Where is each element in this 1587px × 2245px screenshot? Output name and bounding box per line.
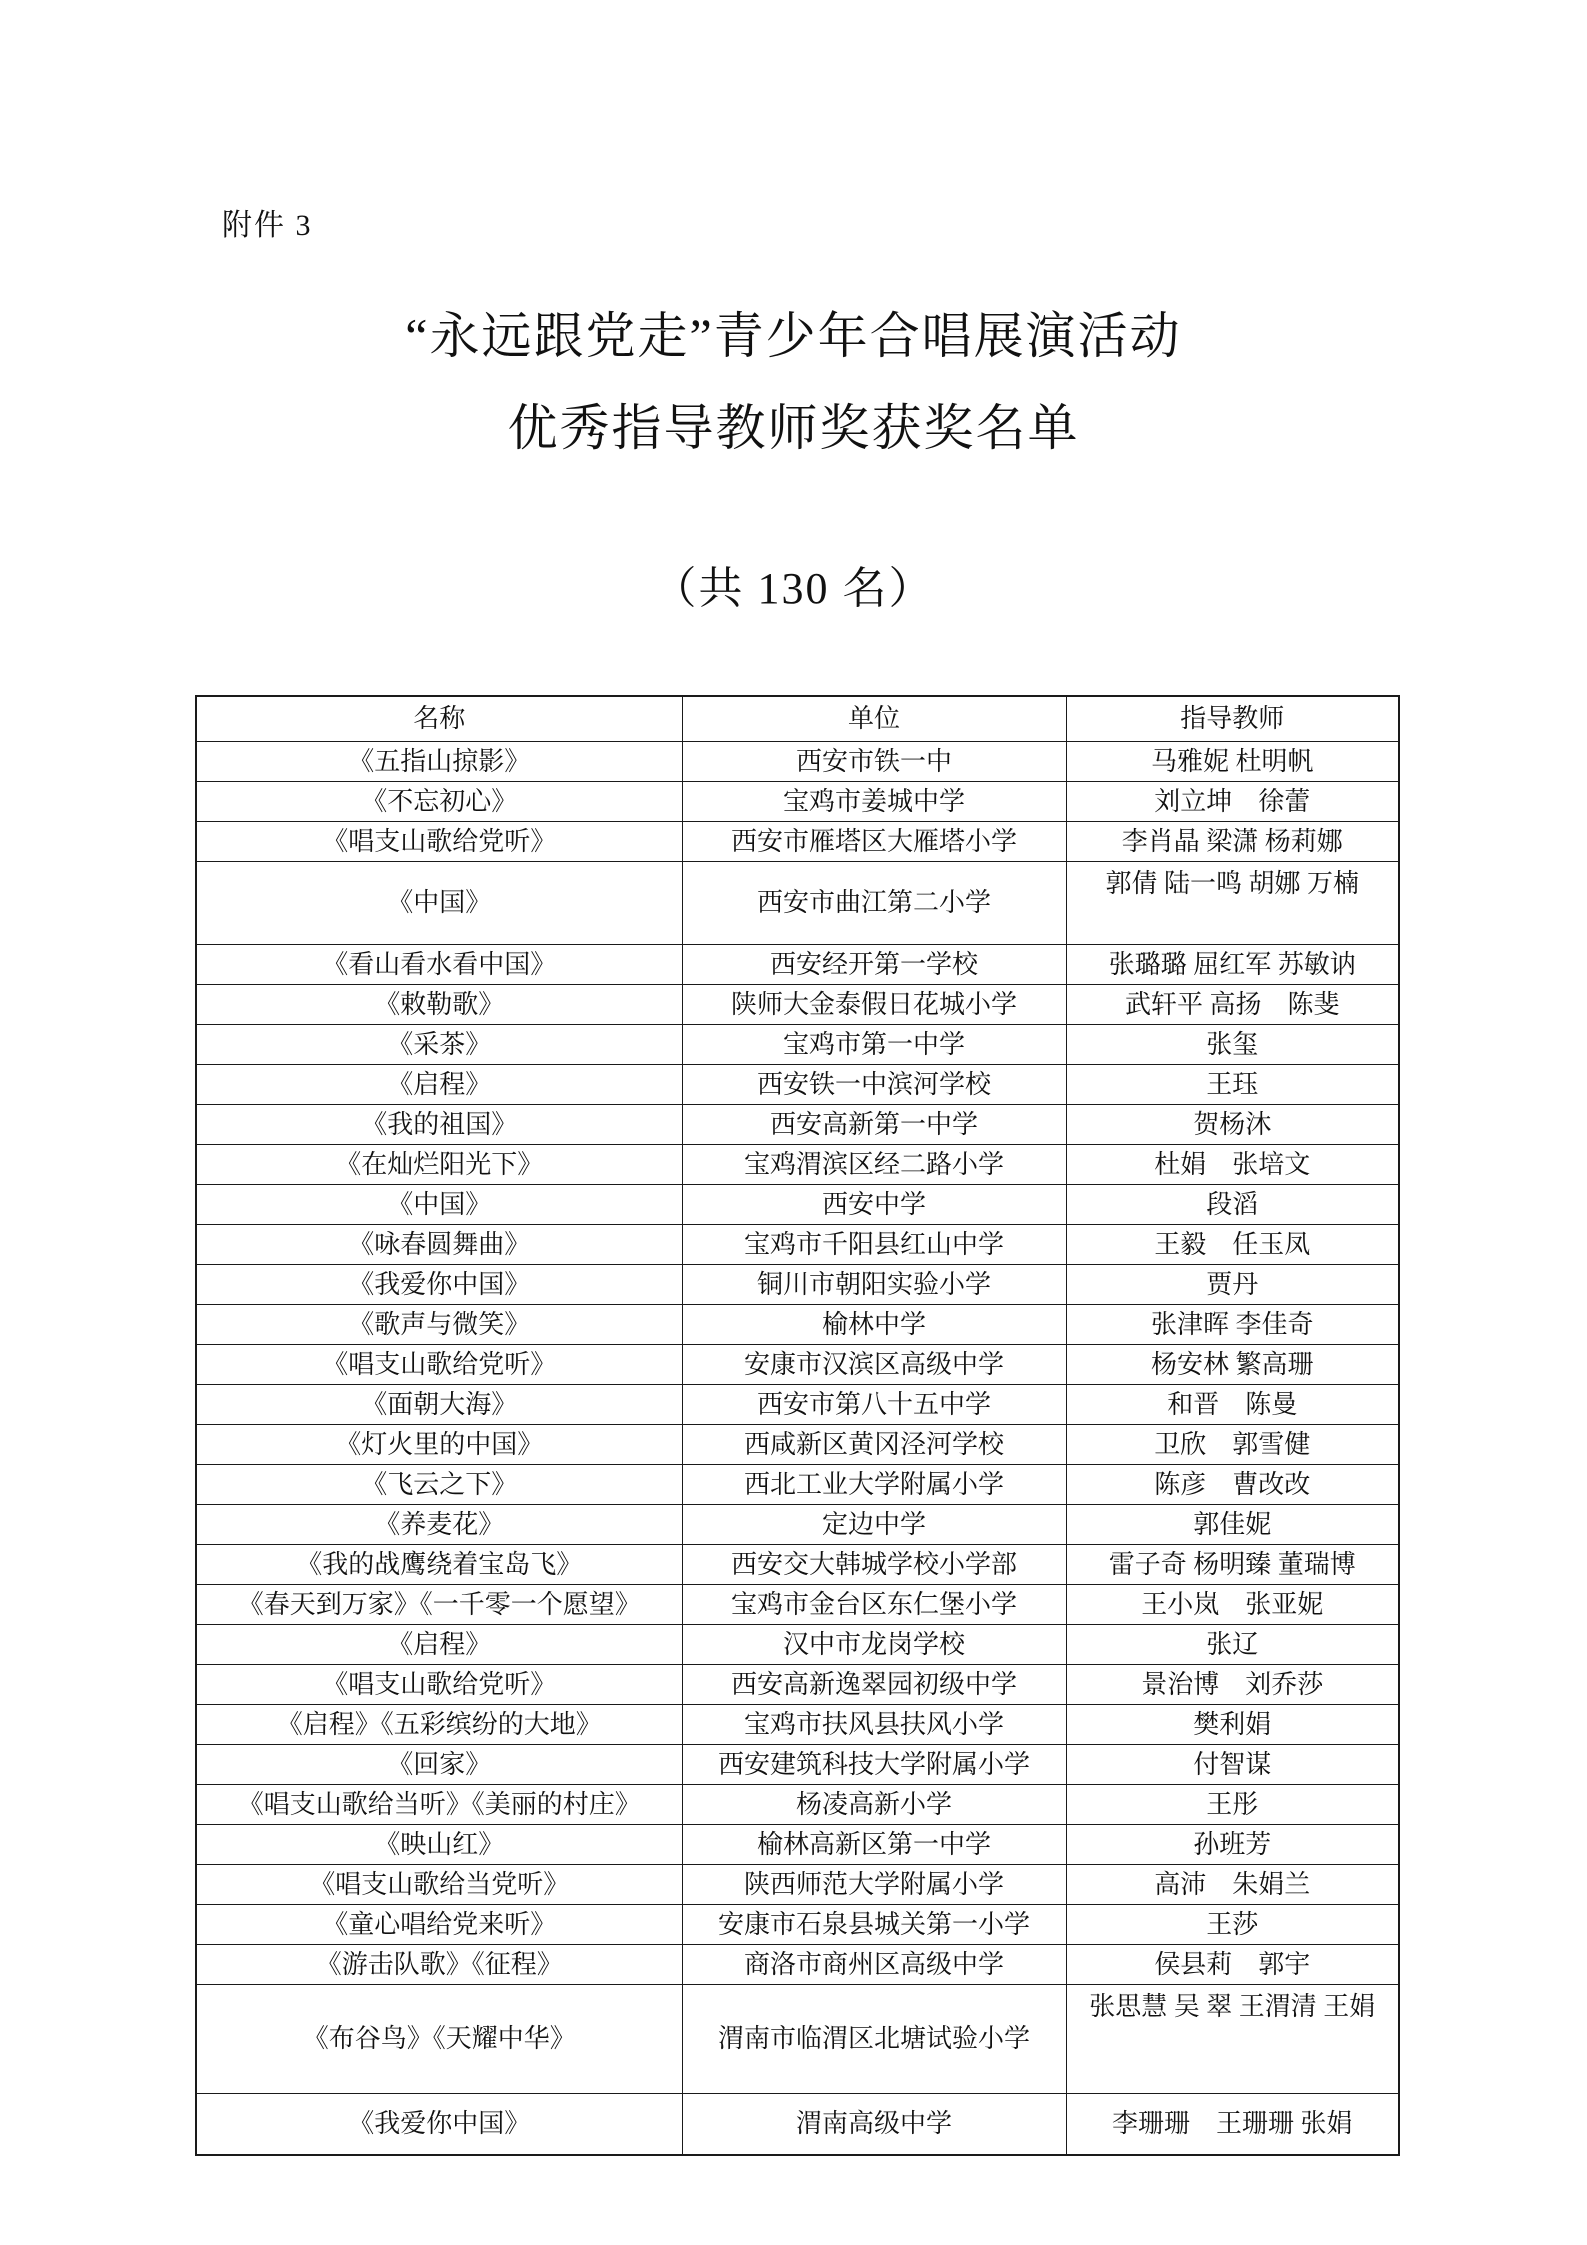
attachment-label: 附件 3: [222, 200, 313, 244]
table-row: 《唱支山歌给当党听》陕西师范大学附属小学高沛 朱娟兰: [196, 1865, 1399, 1905]
unit-cell: 商洛市商州区高级中学: [682, 1945, 1066, 1985]
table-row: 《布谷鸟》《天耀中华》渭南市临渭区北塘试验小学张思慧 吴 翠 王渭清 王娟: [196, 1985, 1399, 2094]
song-title-cell: 《在灿烂阳光下》: [196, 1145, 682, 1185]
song-title-cell: 《中国》: [196, 862, 682, 945]
teachers-cell: 和晋 陈曼: [1066, 1385, 1399, 1425]
song-title-cell: 《中国》: [196, 1185, 682, 1225]
teachers-cell: 张玺: [1066, 1025, 1399, 1065]
table-row: 《我爱你中国》渭南高级中学李珊珊 王珊珊 张娟: [196, 2094, 1399, 2156]
unit-cell: 铜川市朝阳实验小学: [682, 1265, 1066, 1305]
song-title-cell: 《映山红》: [196, 1825, 682, 1865]
teachers-cell: 贺杨沐: [1066, 1105, 1399, 1145]
unit-cell: 宝鸡市姜城中学: [682, 782, 1066, 822]
table-row: 《游击队歌》《征程》商洛市商州区高级中学侯县莉 郭宇: [196, 1945, 1399, 1985]
table-row: 《在灿烂阳光下》宝鸡渭滨区经二路小学杜娟 张培文: [196, 1145, 1399, 1185]
teachers-cell: 高沛 朱娟兰: [1066, 1865, 1399, 1905]
table-row: 《启程》西安铁一中滨河学校王珏: [196, 1065, 1399, 1105]
song-title-cell: 《童心唱给党来听》: [196, 1905, 682, 1945]
document-page: { "page": { "attachment_label": "附件 3", …: [0, 0, 1587, 2245]
song-title-cell: 《启程》《五彩缤纷的大地》: [196, 1705, 682, 1745]
unit-cell: 西安市铁一中: [682, 742, 1066, 782]
table-row: 《春天到万家》《一千零一个愿望》宝鸡市金台区东仁堡小学王小岚 张亚妮: [196, 1585, 1399, 1625]
song-title-cell: 《飞云之下》: [196, 1465, 682, 1505]
song-title-cell: 《我的祖国》: [196, 1105, 682, 1145]
table-row: 《唱支山歌给党听》西安市雁塔区大雁塔小学李肖晶 梁潇 杨莉娜: [196, 822, 1399, 862]
table-row: 《回家》西安建筑科技大学附属小学付智谋: [196, 1745, 1399, 1785]
unit-cell: 西安高新逸翠园初级中学: [682, 1665, 1066, 1705]
unit-cell: 宝鸡市金台区东仁堡小学: [682, 1585, 1066, 1625]
table-row: 《唱支山歌给党听》西安高新逸翠园初级中学景治博 刘乔莎: [196, 1665, 1399, 1705]
table-row: 《启程》汉中市龙岗学校张辽: [196, 1625, 1399, 1665]
teachers-cell: 张辽: [1066, 1625, 1399, 1665]
song-title-cell: 《五指山掠影》: [196, 742, 682, 782]
teachers-cell: 杜娟 张培文: [1066, 1145, 1399, 1185]
table-row: 《养麦花》定边中学郭佳妮: [196, 1505, 1399, 1545]
teachers-cell: 雷子奇 杨明臻 董瑞博: [1066, 1545, 1399, 1585]
table-row: 《不忘初心》宝鸡市姜城中学刘立坤 徐蕾: [196, 782, 1399, 822]
table-body: 《五指山掠影》西安市铁一中马雅妮 杜明帆《不忘初心》宝鸡市姜城中学刘立坤 徐蕾《…: [196, 742, 1399, 2156]
unit-cell: 宝鸡市扶风县扶风小学: [682, 1705, 1066, 1745]
song-title-cell: 《布谷鸟》《天耀中华》: [196, 1985, 682, 2094]
song-title-cell: 《启程》: [196, 1625, 682, 1665]
table-row: 《看山看水看中国》西安经开第一学校张璐璐 屈红军 苏敏讷: [196, 945, 1399, 985]
unit-cell: 西安经开第一学校: [682, 945, 1066, 985]
table-row: 《映山红》榆林高新区第一中学孙班芳: [196, 1825, 1399, 1865]
teachers-cell: 张津晖 李佳奇: [1066, 1305, 1399, 1345]
teachers-cell: 樊利娟: [1066, 1705, 1399, 1745]
song-title-cell: 《唱支山歌给当党听》: [196, 1865, 682, 1905]
unit-cell: 西安市第八十五中学: [682, 1385, 1066, 1425]
column-header-unit: 单位: [682, 696, 1066, 742]
table-row: 《我爱你中国》铜川市朝阳实验小学贾丹: [196, 1265, 1399, 1305]
song-title-cell: 《面朝大海》: [196, 1385, 682, 1425]
column-header-name: 名称: [196, 696, 682, 742]
table-row: 《中国》西安市曲江第二小学郭倩 陆一鸣 胡娜 万楠: [196, 862, 1399, 945]
unit-cell: 西安市雁塔区大雁塔小学: [682, 822, 1066, 862]
song-title-cell: 《不忘初心》: [196, 782, 682, 822]
song-title-cell: 《启程》: [196, 1065, 682, 1105]
table-row: 《面朝大海》西安市第八十五中学和晋 陈曼: [196, 1385, 1399, 1425]
song-title-cell: 《唱支山歌给党听》: [196, 1665, 682, 1705]
table-row: 《我的祖国》西安高新第一中学贺杨沐: [196, 1105, 1399, 1145]
song-title-cell: 《春天到万家》《一千零一个愿望》: [196, 1585, 682, 1625]
unit-cell: 榆林高新区第一中学: [682, 1825, 1066, 1865]
unit-cell: 渭南市临渭区北塘试验小学: [682, 1985, 1066, 2094]
table-row: 《歌声与微笑》榆林中学张津晖 李佳奇: [196, 1305, 1399, 1345]
song-title-cell: 《歌声与微笑》: [196, 1305, 682, 1345]
unit-cell: 定边中学: [682, 1505, 1066, 1545]
song-title-cell: 《养麦花》: [196, 1505, 682, 1545]
teachers-cell: 张璐璐 屈红军 苏敏讷: [1066, 945, 1399, 985]
unit-cell: 西安高新第一中学: [682, 1105, 1066, 1145]
table-row: 《中国》西安中学段滔: [196, 1185, 1399, 1225]
table-header-row: 名称 单位 指导教师: [196, 696, 1399, 742]
page-title-line2: 优秀指导教师奖获奖名单: [0, 388, 1587, 460]
teachers-cell: 马雅妮 杜明帆: [1066, 742, 1399, 782]
teachers-cell: 付智谋: [1066, 1745, 1399, 1785]
teachers-cell: 郭佳妮: [1066, 1505, 1399, 1545]
song-title-cell: 《我爱你中国》: [196, 2094, 682, 2156]
unit-cell: 西北工业大学附属小学: [682, 1465, 1066, 1505]
unit-cell: 西安中学: [682, 1185, 1066, 1225]
song-title-cell: 《采茶》: [196, 1025, 682, 1065]
table-row: 《敕勒歌》陕师大金泰假日花城小学武轩平 高扬 陈斐: [196, 985, 1399, 1025]
song-title-cell: 《游击队歌》《征程》: [196, 1945, 682, 1985]
column-header-teachers: 指导教师: [1066, 696, 1399, 742]
table-row: 《唱支山歌给党听》安康市汉滨区高级中学杨安林 繁高珊: [196, 1345, 1399, 1385]
teachers-cell: 孙班芳: [1066, 1825, 1399, 1865]
teachers-cell: 李肖晶 梁潇 杨莉娜: [1066, 822, 1399, 862]
song-title-cell: 《敕勒歌》: [196, 985, 682, 1025]
teachers-cell: 武轩平 高扬 陈斐: [1066, 985, 1399, 1025]
table-row: 《唱支山歌给当听》《美丽的村庄》杨凌高新小学王彤: [196, 1785, 1399, 1825]
song-title-cell: 《唱支山歌给当听》《美丽的村庄》: [196, 1785, 682, 1825]
teachers-cell: 景治博 刘乔莎: [1066, 1665, 1399, 1705]
unit-cell: 杨凌高新小学: [682, 1785, 1066, 1825]
unit-cell: 安康市汉滨区高级中学: [682, 1345, 1066, 1385]
unit-cell: 陕西师范大学附属小学: [682, 1865, 1066, 1905]
table-row: 《启程》《五彩缤纷的大地》宝鸡市扶风县扶风小学樊利娟: [196, 1705, 1399, 1745]
teachers-cell: 刘立坤 徐蕾: [1066, 782, 1399, 822]
song-title-cell: 《我的战鹰绕着宝岛飞》: [196, 1545, 682, 1585]
song-title-cell: 《我爱你中国》: [196, 1265, 682, 1305]
teachers-cell: 张思慧 吴 翠 王渭清 王娟: [1066, 1985, 1399, 2094]
page-title-line1: “永远跟党走”青少年合唱展演活动: [0, 296, 1587, 368]
teachers-cell: 李珊珊 王珊珊 张娟: [1066, 2094, 1399, 2156]
table-row: 《我的战鹰绕着宝岛飞》西安交大韩城学校小学部雷子奇 杨明臻 董瑞博: [196, 1545, 1399, 1585]
winner-count: （共 130 名）: [0, 552, 1587, 616]
teachers-cell: 王莎: [1066, 1905, 1399, 1945]
unit-cell: 西安交大韩城学校小学部: [682, 1545, 1066, 1585]
unit-cell: 宝鸡渭滨区经二路小学: [682, 1145, 1066, 1185]
unit-cell: 宝鸡市第一中学: [682, 1025, 1066, 1065]
teachers-cell: 杨安林 繁高珊: [1066, 1345, 1399, 1385]
teachers-cell: 段滔: [1066, 1185, 1399, 1225]
teachers-cell: 贾丹: [1066, 1265, 1399, 1305]
table-row: 《童心唱给党来听》安康市石泉县城关第一小学王莎: [196, 1905, 1399, 1945]
song-title-cell: 《看山看水看中国》: [196, 945, 682, 985]
awards-table: 名称 单位 指导教师 《五指山掠影》西安市铁一中马雅妮 杜明帆《不忘初心》宝鸡市…: [195, 695, 1400, 2156]
unit-cell: 安康市石泉县城关第一小学: [682, 1905, 1066, 1945]
teachers-cell: 王小岚 张亚妮: [1066, 1585, 1399, 1625]
song-title-cell: 《灯火里的中国》: [196, 1425, 682, 1465]
teachers-cell: 陈彦 曹改改: [1066, 1465, 1399, 1505]
song-title-cell: 《回家》: [196, 1745, 682, 1785]
table-row: 《飞云之下》西北工业大学附属小学陈彦 曹改改: [196, 1465, 1399, 1505]
song-title-cell: 《唱支山歌给党听》: [196, 1345, 682, 1385]
unit-cell: 渭南高级中学: [682, 2094, 1066, 2156]
teachers-cell: 卫欣 郭雪健: [1066, 1425, 1399, 1465]
teachers-cell: 王毅 任玉凤: [1066, 1225, 1399, 1265]
unit-cell: 西安建筑科技大学附属小学: [682, 1745, 1066, 1785]
unit-cell: 宝鸡市千阳县红山中学: [682, 1225, 1066, 1265]
song-title-cell: 《唱支山歌给党听》: [196, 822, 682, 862]
unit-cell: 陕师大金泰假日花城小学: [682, 985, 1066, 1025]
teachers-cell: 王珏: [1066, 1065, 1399, 1105]
teachers-cell: 郭倩 陆一鸣 胡娜 万楠: [1066, 862, 1399, 945]
unit-cell: 汉中市龙岗学校: [682, 1625, 1066, 1665]
unit-cell: 西安市曲江第二小学: [682, 862, 1066, 945]
unit-cell: 榆林中学: [682, 1305, 1066, 1345]
teachers-cell: 侯县莉 郭宇: [1066, 1945, 1399, 1985]
song-title-cell: 《咏春圆舞曲》: [196, 1225, 682, 1265]
table-row: 《采茶》宝鸡市第一中学张玺: [196, 1025, 1399, 1065]
teachers-cell: 王彤: [1066, 1785, 1399, 1825]
table-row: 《灯火里的中国》西咸新区黄冈泾河学校卫欣 郭雪健: [196, 1425, 1399, 1465]
table-row: 《五指山掠影》西安市铁一中马雅妮 杜明帆: [196, 742, 1399, 782]
table-row: 《咏春圆舞曲》宝鸡市千阳县红山中学王毅 任玉凤: [196, 1225, 1399, 1265]
unit-cell: 西咸新区黄冈泾河学校: [682, 1425, 1066, 1465]
unit-cell: 西安铁一中滨河学校: [682, 1065, 1066, 1105]
